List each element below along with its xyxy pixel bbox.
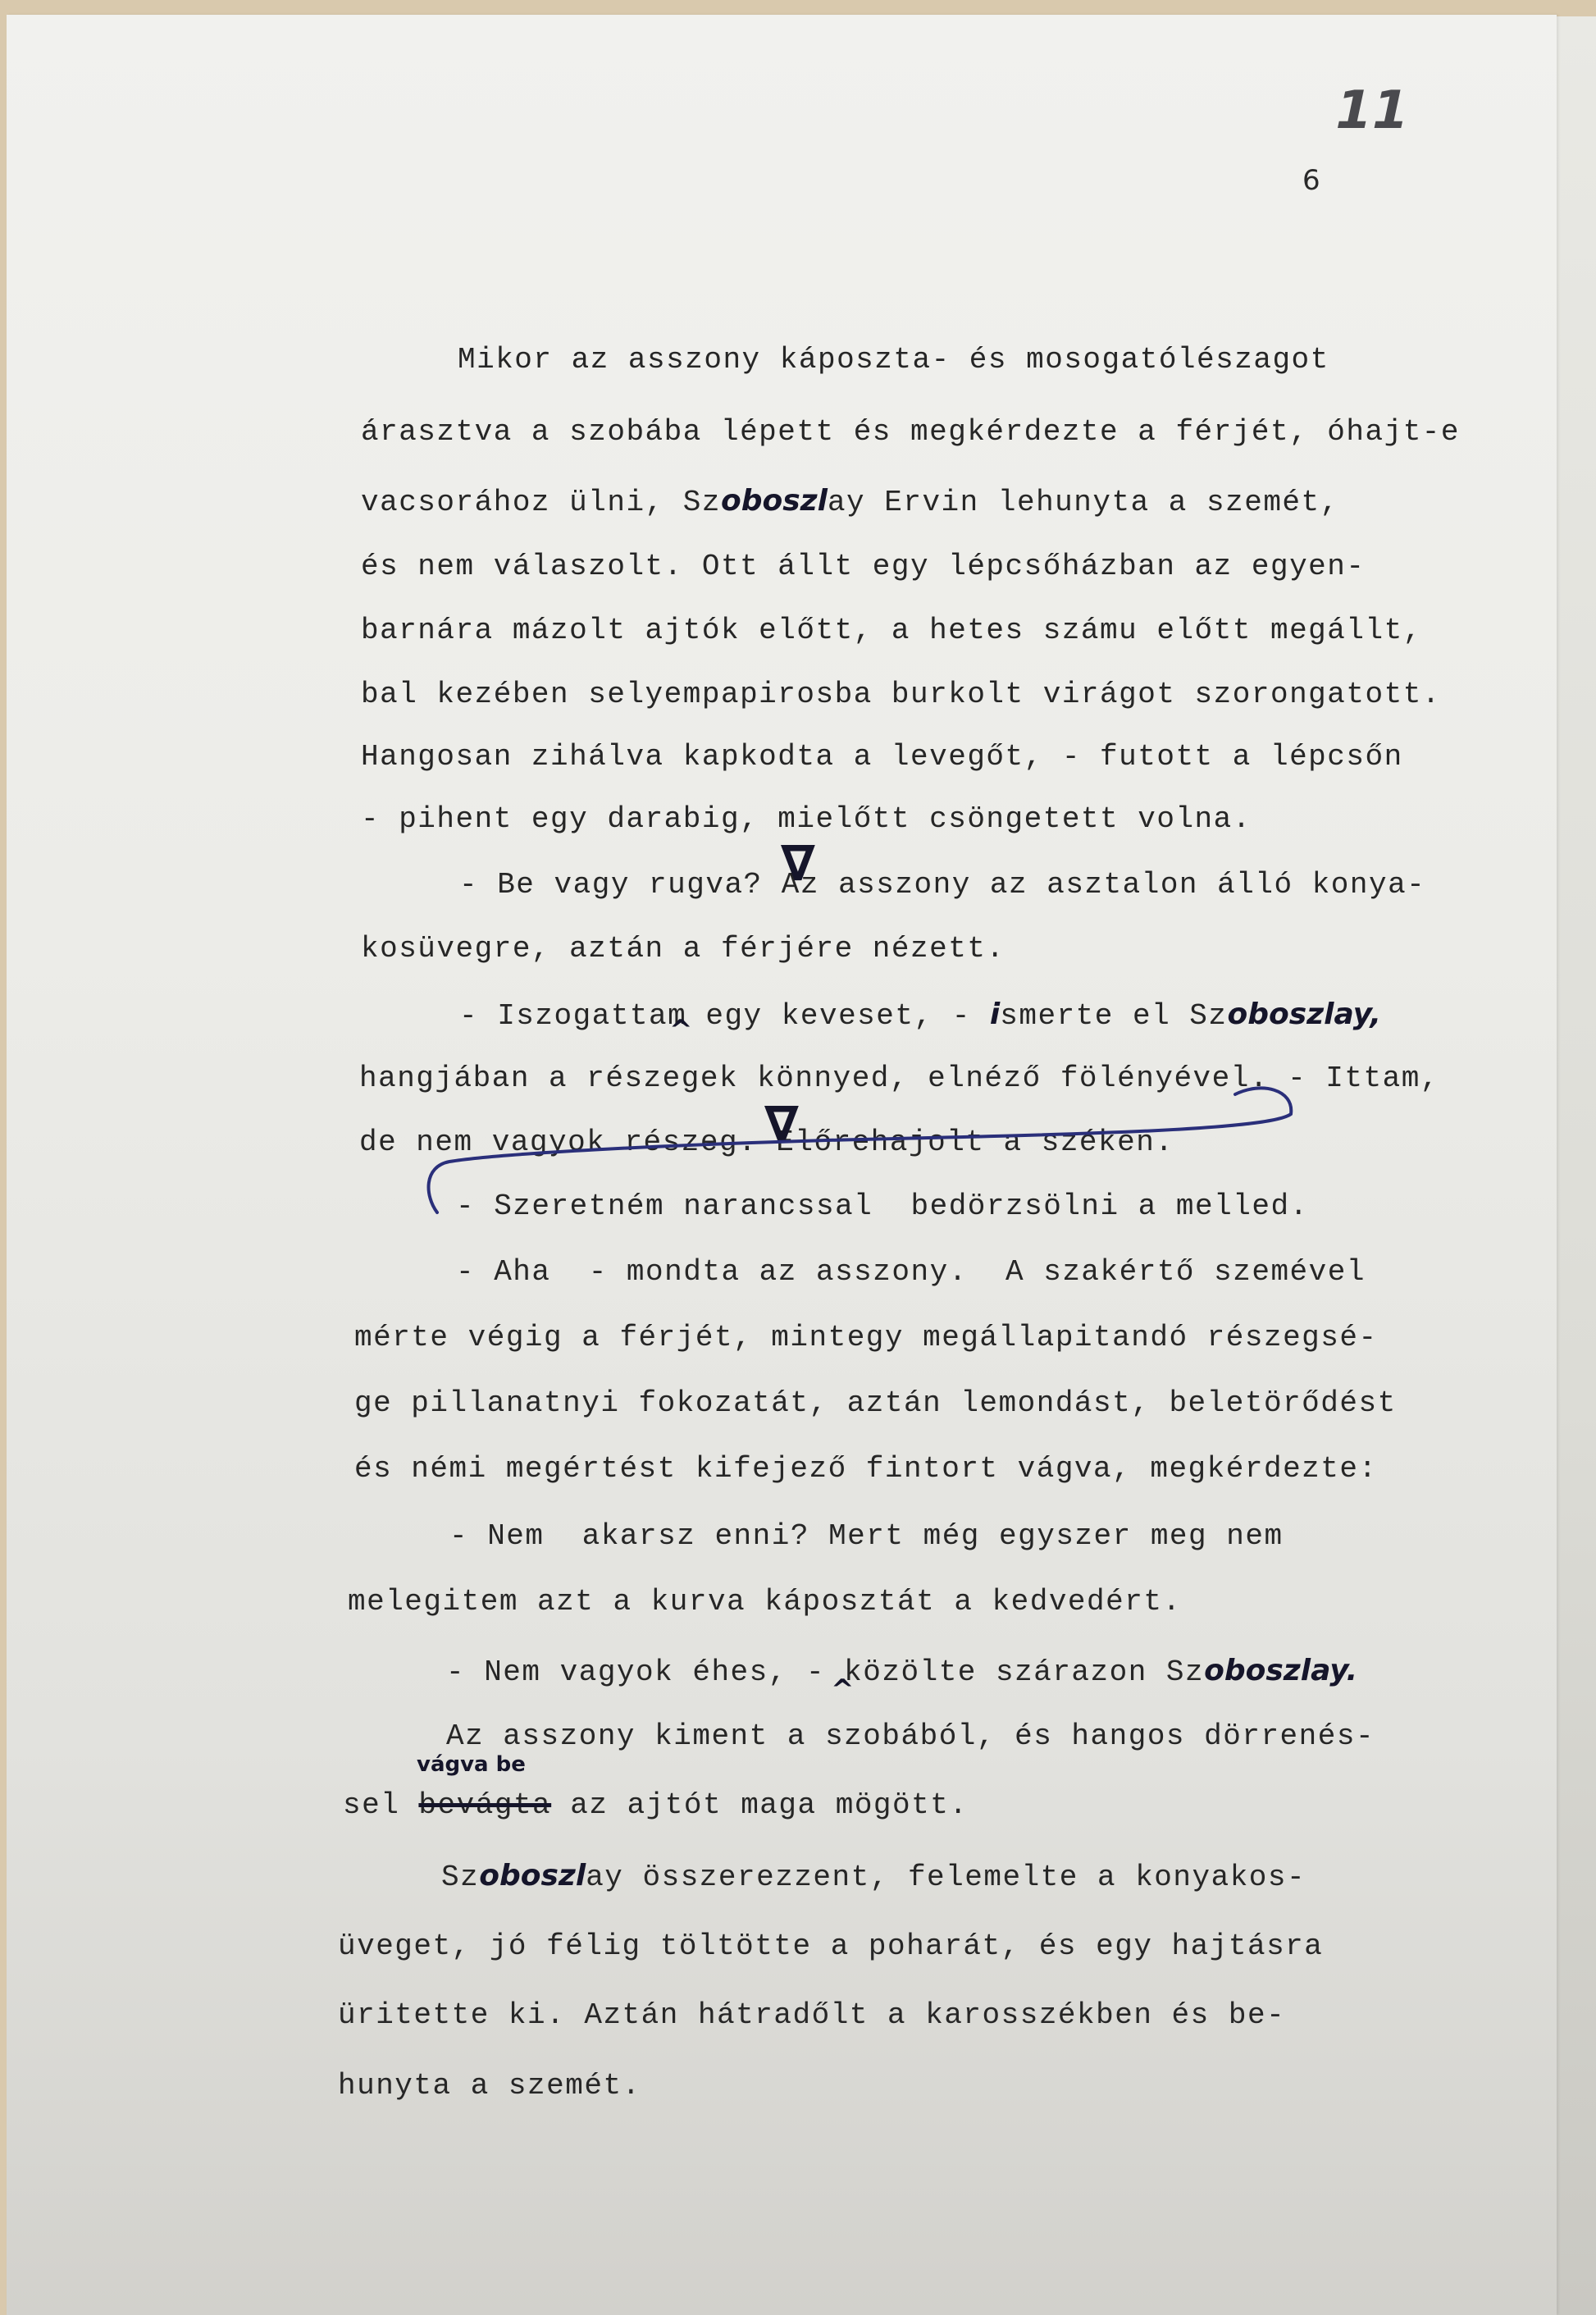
blue-pen-bracket (7, 15, 1557, 2315)
typescript-page: 11 6 Mikor az asszony káposzta- és mosog… (7, 15, 1557, 2315)
